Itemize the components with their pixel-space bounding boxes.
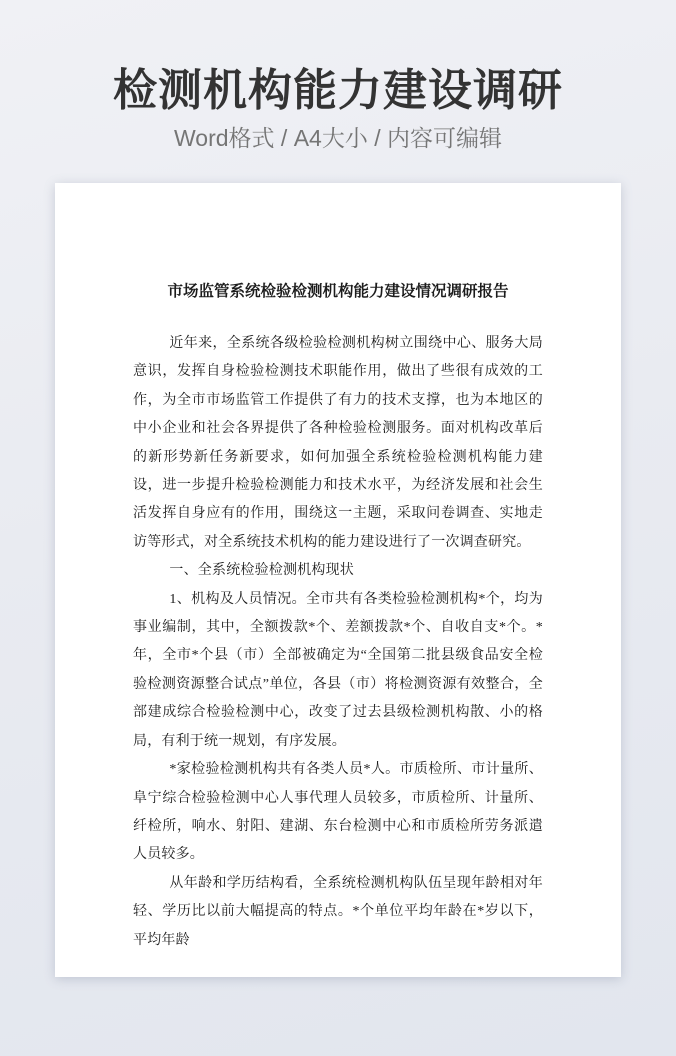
document-page-preview: 市场监管系统检验检测机构能力建设情况调研报告 近年来，全系统各级检验检测机构树立… <box>55 183 621 977</box>
template-header: 检测机构能力建设调研 Word格式 / A4大小 / 内容可编辑 <box>0 0 676 152</box>
document-paragraph-age-structure: 从年龄和学历结构看，全系统检测机构队伍呈现年龄相对年轻、学历比以前大幅提高的特点… <box>133 870 543 955</box>
template-format-subtitle: Word格式 / A4大小 / 内容可编辑 <box>0 124 676 152</box>
document-title: 市场监管系统检验检测机构能力建设情况调研报告 <box>133 280 543 304</box>
document-paragraph-intro: 近年来，全系统各级检验检测机构树立围绕中心、服务大局意识，发挥自身检验检测技术职… <box>133 330 543 557</box>
document-paragraph-personnel: *家检验检测机构共有各类人员*人。市质检所、市计量所、阜宁综合检验检测中心人事代… <box>133 756 543 870</box>
document-paragraph-institutions: 1、机构及人员情况。全市共有各类检验检测机构*个，均为事业编制，其中，全额拨款*… <box>133 586 543 756</box>
template-title: 检测机构能力建设调研 <box>0 66 676 116</box>
section-heading-current-status: 一、全系统检验检测机构现状 <box>133 557 543 585</box>
